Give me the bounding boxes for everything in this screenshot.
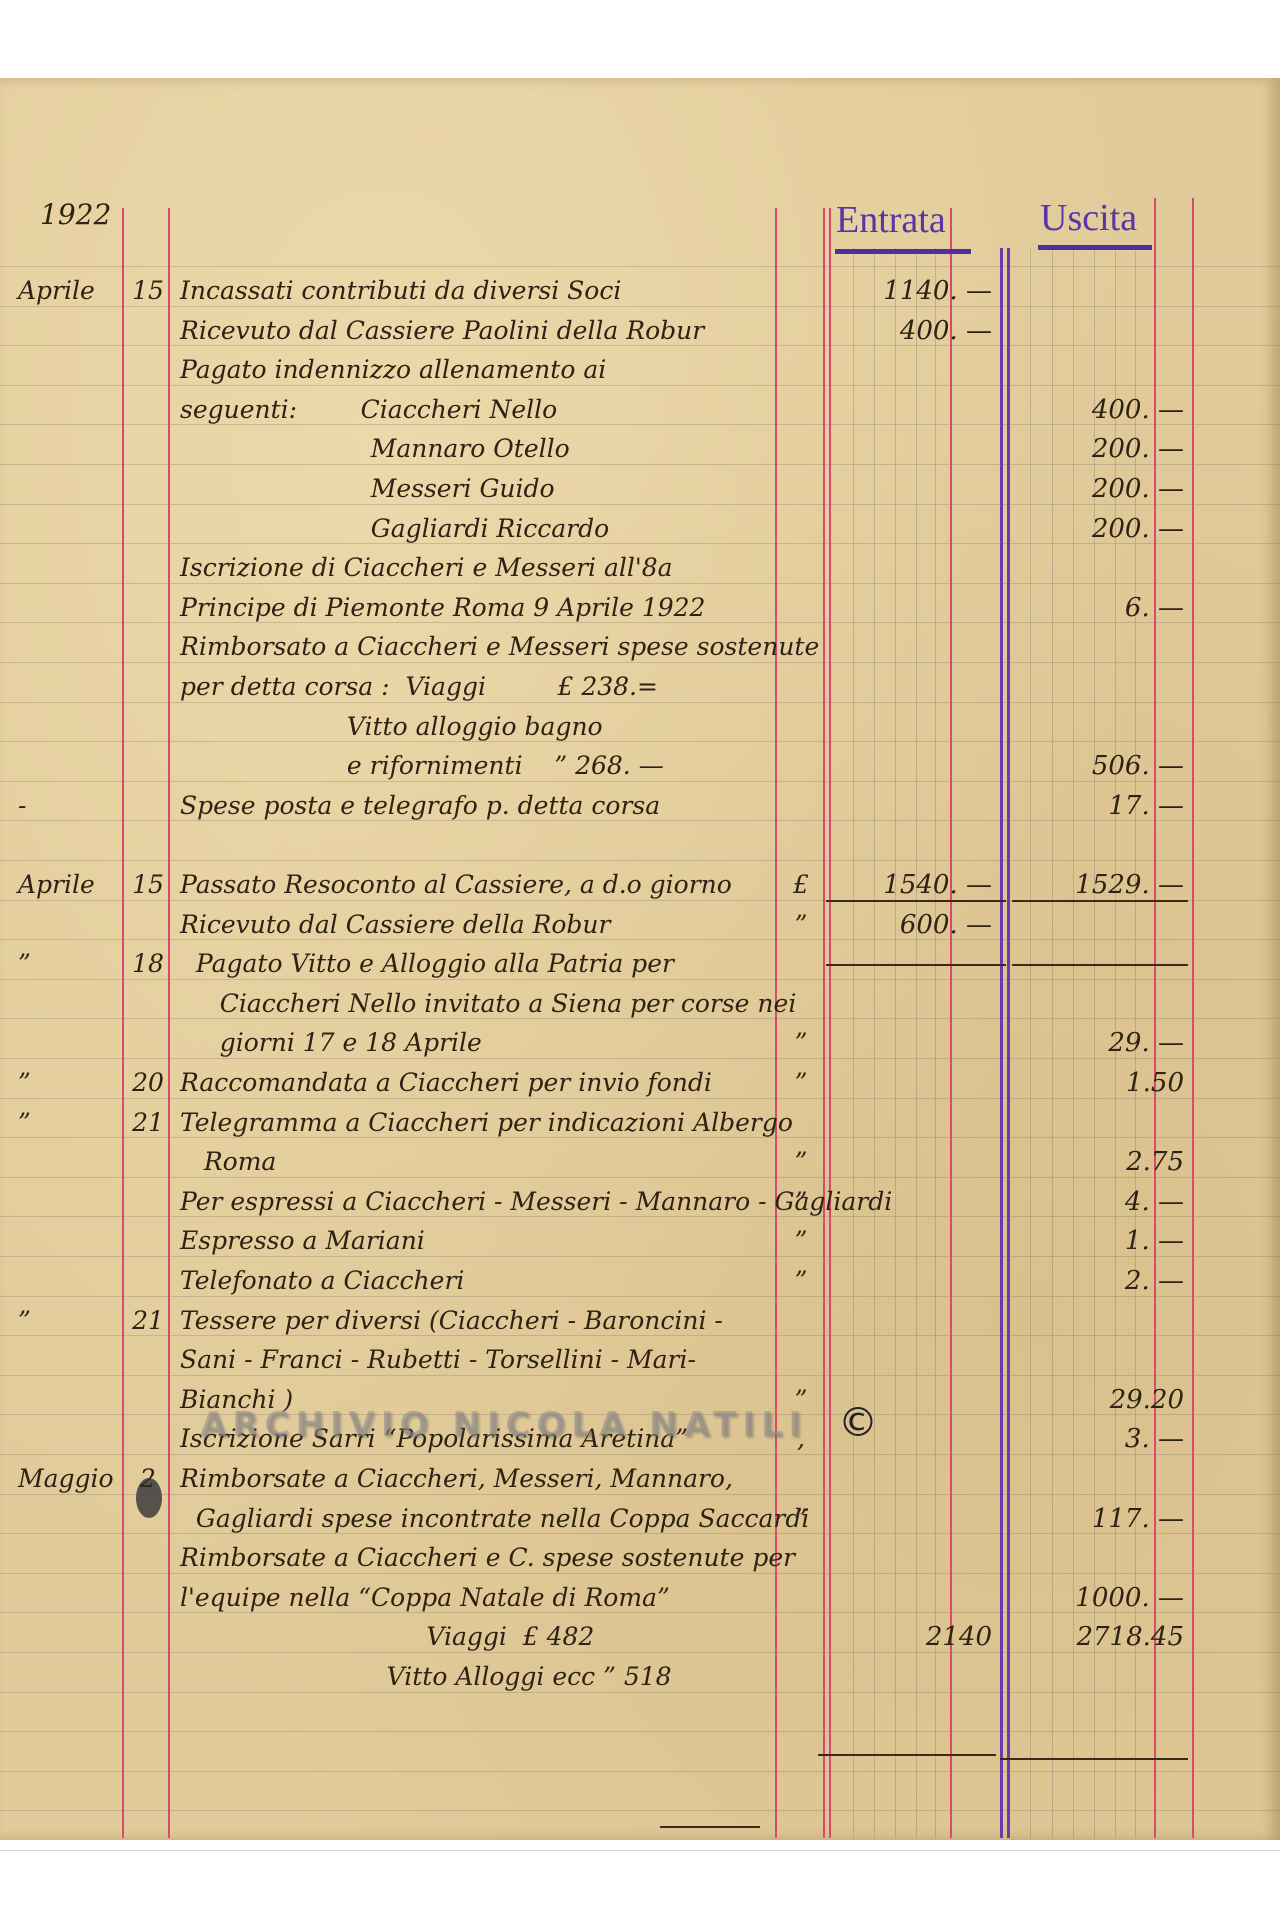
row-description: Principe di Piemonte Roma 9 Aprile 1922	[180, 593, 705, 623]
row-day: 20	[130, 1068, 166, 1098]
entrata-stamp: Entrata	[836, 200, 946, 240]
text-column-rule-right	[775, 208, 777, 1838]
row-uscita-amount: 17. —	[1012, 791, 1184, 821]
row-uscita-amount: 4. —	[1012, 1187, 1184, 1217]
subtotal-double-rule-out	[1012, 964, 1188, 966]
row-ditto-mark: ”	[786, 1504, 816, 1534]
grid-col	[874, 248, 875, 1838]
row-description: Spese posta e telegrafo p. detta corsa	[180, 791, 660, 821]
subtotal-rule-in	[826, 900, 1006, 902]
row-uscita-amount: 2718.45	[1012, 1622, 1184, 1652]
entrata-rule-left-b	[829, 208, 831, 1838]
row-ditto-mark: ”	[786, 1226, 816, 1256]
row-description: Gagliardi spese incontrate nella Coppa S…	[180, 1504, 809, 1534]
row-month: -	[18, 791, 118, 821]
row-description: seguenti: Ciaccheri Nello	[180, 395, 557, 425]
row-description: e rifornimenti ” 268. —	[180, 751, 664, 781]
ruled-line	[0, 860, 1280, 861]
row-entrata-amount: 1540. —	[832, 870, 992, 900]
archive-watermark: ARCHIVIO NICOLA NATILI	[200, 1405, 807, 1445]
row-description: Pagato Vitto e Alloggio alla Patria per	[180, 949, 674, 979]
row-description: Messeri Guido	[180, 474, 555, 504]
row-ditto-mark: ”	[786, 1147, 816, 1177]
row-description: Vitto alloggio bagno	[180, 712, 603, 742]
row-description: giorni 17 e 18 Aprile	[180, 1028, 482, 1058]
subtotal-double-rule-in	[826, 964, 1006, 966]
row-month: ”	[18, 949, 118, 979]
row-ditto-mark: ”	[786, 1028, 816, 1058]
uscita-rule-right	[1192, 198, 1194, 1838]
ledger-page: 1922 Entrata Uscita Aprile15Incassati co…	[0, 78, 1280, 1840]
copyright-icon: ©	[838, 1400, 878, 1446]
row-month: Maggio	[18, 1464, 118, 1494]
divider-rule-a	[1000, 248, 1003, 1838]
row-month: Aprile	[18, 276, 118, 306]
row-description: Telegramma a Ciaccheri per indicazioni A…	[180, 1108, 793, 1138]
row-description: Gagliardi Riccardo	[180, 514, 609, 544]
row-description: Iscrizione di Ciaccheri e Messeri all'8a	[180, 553, 673, 583]
row-uscita-amount: 29. —	[1012, 1028, 1184, 1058]
final-total-rule-in	[818, 1754, 996, 1756]
row-uscita-amount: 6. —	[1012, 593, 1184, 623]
grid-col	[916, 248, 917, 1838]
row-day: 18	[130, 949, 166, 979]
month-column-rule	[122, 208, 124, 1838]
row-description: Passato Resoconto al Cassiere, a d.o gio…	[180, 870, 732, 900]
entrata-stamp-underline	[835, 249, 971, 254]
row-day: 21	[130, 1306, 166, 1336]
row-description: Pagato indennizzo allenamento ai	[180, 355, 606, 385]
grid-col	[895, 248, 896, 1838]
ruled-line	[0, 266, 1280, 267]
row-uscita-amount: 200. —	[1012, 434, 1184, 464]
row-entrata-amount: 600. —	[832, 910, 992, 940]
row-uscita-amount: 200. —	[1012, 514, 1184, 544]
ink-blot	[136, 1478, 162, 1518]
row-month: ”	[18, 1108, 118, 1138]
row-uscita-amount: 117. —	[1012, 1504, 1184, 1534]
row-description: Ciaccheri Nello invitato a Siena per cor…	[180, 989, 796, 1019]
row-description: Ricevuto dal Cassiere Paolini della Robu…	[180, 316, 704, 346]
row-description: Tessere per diversi (Ciaccheri - Baronci…	[180, 1306, 723, 1336]
row-description: Roma	[180, 1147, 276, 1177]
row-description: Ricevuto dal Cassiere della Robur	[180, 910, 610, 940]
row-month: ”	[18, 1068, 118, 1098]
row-ditto-mark: ”	[786, 1068, 816, 1098]
row-description: Sani - Franci - Rubetti - Torsellini - M…	[180, 1345, 696, 1375]
grid-col	[935, 248, 936, 1838]
row-day: 21	[130, 1108, 166, 1138]
row-description: Incassati contributi da diversi Soci	[180, 276, 621, 306]
row-month: ”	[18, 1306, 118, 1336]
subtotal-rule-out	[1012, 900, 1188, 902]
row-uscita-amount: 200. —	[1012, 474, 1184, 504]
row-description: Raccomandata a Ciaccheri per invio fondi	[180, 1068, 712, 1098]
row-uscita-amount: 29.20	[1012, 1385, 1184, 1415]
row-ditto-mark: ”	[786, 1187, 816, 1217]
row-description: Rimborsate a Ciaccheri, Messeri, Mannaro…	[180, 1464, 733, 1494]
row-uscita-amount: 1. —	[1012, 1226, 1184, 1256]
entrata-rule-cents	[950, 208, 952, 1838]
grid-col	[853, 248, 854, 1838]
entrata-rule-left-a	[823, 208, 825, 1838]
row-description: Viaggi £ 482	[180, 1622, 594, 1652]
ruled-line	[0, 1771, 1280, 1772]
uscita-stamp: Uscita	[1040, 198, 1137, 238]
final-total-rule-out	[1000, 1758, 1188, 1760]
row-description: Telefonato a Ciaccheri	[180, 1266, 464, 1296]
row-day: 15	[130, 870, 166, 900]
row-uscita-amount: 1.50	[1012, 1068, 1184, 1098]
row-uscita-amount: 2.75	[1012, 1147, 1184, 1177]
day-column-rule	[168, 208, 170, 1838]
row-uscita-amount: 3. —	[1012, 1424, 1184, 1454]
row-uscita-amount: 2. —	[1012, 1266, 1184, 1296]
ledger-year: 1922	[40, 200, 111, 230]
uscita-stamp-underline	[1038, 245, 1152, 250]
ruled-line	[0, 1850, 1280, 1851]
row-description: Rimborsate a Ciaccheri e C. spese sosten…	[180, 1543, 795, 1573]
row-entrata-amount: 2140	[832, 1622, 992, 1652]
row-month: Aprile	[18, 870, 118, 900]
row-entrata-amount: 1140. —	[832, 276, 992, 306]
row-description: l'equipe nella “Coppa Natale di Roma”	[180, 1583, 670, 1613]
row-ditto-mark: ”	[786, 1266, 816, 1296]
row-description: Vitto Alloggi ecc ” 518	[180, 1662, 672, 1692]
row-description: Mannaro Otello	[180, 434, 570, 464]
vitto-underline	[660, 1826, 760, 1828]
row-ditto-mark: £	[786, 870, 816, 900]
row-ditto-mark: ”	[786, 910, 816, 940]
row-uscita-amount: 400. —	[1012, 395, 1184, 425]
row-uscita-amount: 1000. —	[1012, 1583, 1184, 1613]
row-description: Espresso a Mariani	[180, 1226, 425, 1256]
row-uscita-amount: 1529. —	[1012, 870, 1184, 900]
row-description: Rimborsato a Ciaccheri e Messeri spese s…	[180, 632, 819, 662]
ruled-line	[0, 1810, 1280, 1811]
ruled-line	[0, 1731, 1280, 1732]
row-day: 15	[130, 276, 166, 306]
row-description: per detta corsa : Viaggi £ 238.=	[180, 672, 658, 702]
row-uscita-amount: 506. —	[1012, 751, 1184, 781]
row-entrata-amount: 400. —	[832, 316, 992, 346]
divider-rule-b	[1007, 248, 1010, 1838]
